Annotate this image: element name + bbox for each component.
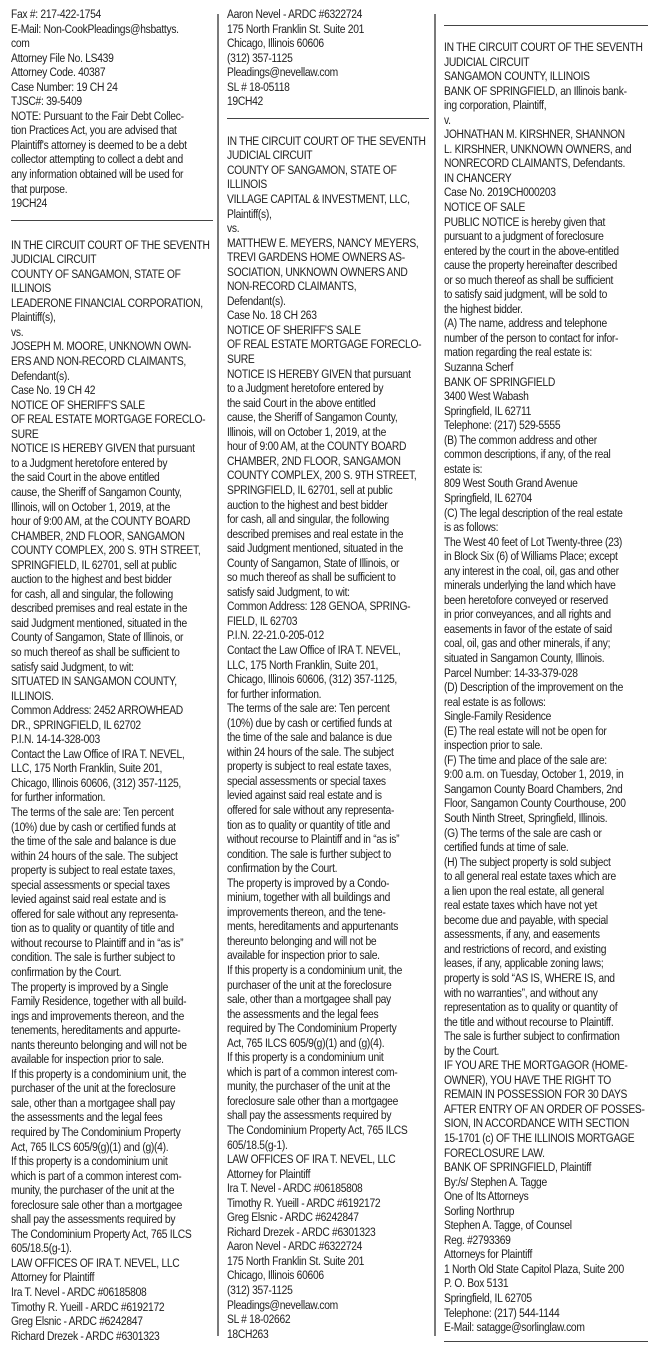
notice-text: without recourse to Plaintiff and in “as… xyxy=(11,936,183,951)
notice-text-line: VILLAGE CAPITAL & INVESTMENT, LLC, xyxy=(227,192,429,207)
notice-text-line: available for inspection prior to sale. xyxy=(227,948,429,963)
notice-text-line: ILLINOIS xyxy=(11,281,213,296)
notice-text-line: Suzanna Scherf xyxy=(444,360,648,375)
notice-text: IN THE CIRCUIT COURT OF THE SEVENTH xyxy=(227,134,426,149)
notice-text-line: to a Judgment heretofore entered by xyxy=(11,456,213,471)
notice-text: SITUATED IN SANGAMON COUNTY, xyxy=(11,674,177,689)
notice-text-line: estate is: xyxy=(444,462,648,477)
notice-text-line: 3400 West Wabash xyxy=(444,389,648,404)
notice-text: minerals underlying the land which have xyxy=(444,578,616,593)
notice-text: PUBLIC NOTICE is hereby given that xyxy=(444,215,605,230)
notice-text: The Condominium Property Act, 765 ILCS xyxy=(11,1227,191,1242)
notice-text: Springfield, IL 62711 xyxy=(444,404,531,419)
notice-text-line: COUNTY OF SANGAMON, STATE OF xyxy=(11,267,213,282)
notice-text-line: 175 North Franklin St. Suite 201 xyxy=(227,1254,429,1269)
notice-text-line: required by The Condominium Property xyxy=(11,1125,213,1140)
notice-text-line: within 24 hours of the sale. The subject xyxy=(11,849,213,864)
notice-text: IN CHANCERY xyxy=(444,171,511,186)
notice-text-line: The West 40 feet of Lot Twenty-three (23… xyxy=(444,535,648,550)
notice-text: property is subject to real estate taxes… xyxy=(11,863,175,878)
notice-text-line: so much thereof as shall be sufficient t… xyxy=(227,570,429,585)
notice-text-line: LAW OFFICES OF IRA T. NEVEL, LLC xyxy=(11,1256,213,1271)
notice-text: sale, other than a mortgagee shall pay xyxy=(227,992,391,1007)
notice-text: Contact the Law Office of IRA T. NEVEL, xyxy=(227,643,401,658)
notice-text-line: offered for sale without any representa- xyxy=(11,907,213,922)
notice-text-line: certified funds at time of sale. xyxy=(444,840,648,855)
notice-text-line: the time of the sale and balance is due xyxy=(227,730,429,745)
notice-text: Defendant(s). xyxy=(11,369,70,384)
notice-text: If this property is a condominium unit, … xyxy=(227,963,402,978)
notice-text-line: cause the property hereinafter described xyxy=(444,258,648,273)
notice-text: Ira T. Nevel - ARDC #06185808 xyxy=(227,1181,362,1196)
notice-text-line: sale, other than a mortgagee shall pay xyxy=(11,1096,213,1111)
notice-text: Illinois, will on October 1, 2019, at th… xyxy=(11,500,170,515)
notice-text: Defendant(s). xyxy=(227,294,286,309)
notice-text-line: been heretofore conveyed or reserved xyxy=(444,593,648,608)
notice-text: FORECLOSURE LAW. xyxy=(444,1146,545,1161)
notice-text-line: for cash, all and singular, the followin… xyxy=(11,587,213,602)
notice-text: ings and improvements thereon, and the xyxy=(11,1009,184,1024)
notice-text: 605/18.5(g-1). xyxy=(227,1138,288,1153)
notice-text: JUDICIAL CIRCUIT xyxy=(11,252,96,267)
notice-2019ch000203: IN THE CIRCUIT COURT OF THE SEVENTHJUDIC… xyxy=(444,40,648,1335)
notice-text-line: IN THE CIRCUIT COURT OF THE SEVENTH xyxy=(444,40,648,55)
notice-text-line: Single-Family Residence xyxy=(444,709,648,724)
notice-text: real estate taxes which have not yet xyxy=(444,898,597,913)
notice-text: levied against said real estate and is xyxy=(227,788,382,803)
notice-text: COUNTY COMPLEX, 200 S. 9TH STREET, xyxy=(11,543,200,558)
notice-text: offered for sale without any representa- xyxy=(227,803,394,818)
notice-text: Aaron Nevel - ARDC #6322724 xyxy=(227,7,362,22)
notice-text-line: SITUATED IN SANGAMON COUNTY, xyxy=(11,674,213,689)
notice-text: NOTICE OF SHERIFF'S SALE xyxy=(11,398,145,413)
notice-text: Ira T. Nevel - ARDC #06185808 xyxy=(11,1285,146,1300)
notice-text-line: Greg Elsnic - ARDC #6242847 xyxy=(227,1210,429,1225)
notice-text: auction to the highest and best bidder xyxy=(11,572,172,587)
notice-text: the title and without recourse to Plaint… xyxy=(444,1015,613,1030)
notice-text: Attorney File No. LS439 xyxy=(11,51,114,66)
notice-text: assessments, if any, and easements xyxy=(444,927,600,942)
notice-text: foreclosure sale other than a mortgagee xyxy=(227,1094,398,1109)
notice-text-line: Sangamon County Board Chambers, 2nd xyxy=(444,782,648,797)
notice-text-line: Illinois, will on October 1, 2019, at th… xyxy=(11,500,213,515)
notice-text: Aaron Nevel - ARDC #6322724 xyxy=(227,1239,362,1254)
notice-text-line: JOHNATHAN M. KIRSHNER, SHANNON xyxy=(444,127,648,142)
notice-text: said Judgment mentioned, situated in the xyxy=(11,616,187,631)
column-divider xyxy=(434,14,436,1336)
notice-text-line: cause, the Sheriff of Sangamon County, xyxy=(11,485,213,500)
notice-text: available for inspection prior to sale. xyxy=(227,948,380,963)
notice-text: Contact the Law Office of IRA T. NEVEL, xyxy=(11,747,185,762)
notice-text: estate is: xyxy=(444,462,482,477)
notice-text: levied against said real estate and is xyxy=(11,892,166,907)
notice-text-line: 9:00 a.m. on Tuesday, October 1, 2019, i… xyxy=(444,767,648,782)
notice-text: LEADERONE FINANCIAL CORPORATION, xyxy=(11,296,203,311)
notice-text: County of Sangamon, State of Illinois, o… xyxy=(11,630,183,645)
notice-text: ERS AND NON-RECORD CLAIMANTS, xyxy=(11,354,186,369)
notice-text-line: munity, the purchaser of the unit at the xyxy=(11,1183,213,1198)
notice-text: IN THE CIRCUIT COURT OF THE SEVENTH xyxy=(11,238,210,253)
notice-text-line: described premises and real estate in th… xyxy=(11,601,213,616)
notice-text-line: nants thereunto belonging and will not b… xyxy=(11,1038,213,1053)
notice-text-line: for cash, all and singular, the followin… xyxy=(227,512,429,527)
notice-text-line: SURE xyxy=(11,427,213,442)
notice-text-line: OF REAL ESTATE MORTGAGE FORECLO- xyxy=(11,412,213,427)
notice-text: within 24 hours of the sale. The subject xyxy=(11,849,178,864)
notice-text: described premises and real estate in th… xyxy=(227,527,403,542)
notice-text-line: in prior conveyances, and all rights and xyxy=(444,607,648,622)
notice-text-line: situated in Sangamon County, Illinois. xyxy=(444,651,648,666)
notice-text-line: number of the person to contact for info… xyxy=(444,331,648,346)
column-divider xyxy=(217,14,219,1336)
notice-text-line: Case No. 19 CH 42 xyxy=(11,383,213,398)
notice-text: ments, hereditaments and appurtenants xyxy=(227,919,398,934)
notice-text: required by The Condominium Property xyxy=(227,1021,396,1036)
notice-text-line: that purpose. xyxy=(11,182,213,197)
notice-text-line: NONRECORD CLAIMANTS, Defendants. xyxy=(444,156,648,171)
notice-text-line: Springfield, IL 62704 xyxy=(444,491,648,506)
notice-text: Attorney Code. 40387 xyxy=(11,65,105,80)
notice-text: NONRECORD CLAIMANTS, Defendants. xyxy=(444,156,625,171)
notice-text: P. O. Box 5131 xyxy=(444,1276,508,1291)
notice-text: without recourse to Plaintiff and in “as… xyxy=(227,832,399,847)
notice-text-line: Floor, Sangamon County Courthouse, 200 xyxy=(444,796,648,811)
notice-text: Sorling Northrup xyxy=(444,1204,514,1219)
notice-text: Reg. #2793369 xyxy=(444,1233,511,1248)
notice-text-line: NOTICE IS HEREBY GIVEN that pursuant xyxy=(11,441,213,456)
notice-text-line: for further information. xyxy=(11,790,213,805)
notice-text: 9:00 a.m. on Tuesday, October 1, 2019, i… xyxy=(444,767,623,782)
notice-text-line: ments, hereditaments and appurtenants xyxy=(227,919,429,934)
notice-text: IF YOU ARE THE MORTGAGOR (HOME- xyxy=(444,1058,628,1073)
notice-text-line: Greg Elsnic - ARDC #6242847 xyxy=(11,1314,213,1329)
notice-text: AFTER ENTRY OF AN ORDER OF POSSES- xyxy=(444,1102,645,1117)
notice-text-line: any interest in the coal, oil, gas and o… xyxy=(444,564,648,579)
notice-text-line: (C) The legal description of the real es… xyxy=(444,506,648,521)
notice-text: shall pay the assessments required by xyxy=(11,1212,175,1227)
notice-text: purchaser of the unit at the foreclosure xyxy=(227,978,391,993)
notice-text: Attorney for Plaintiff xyxy=(227,1167,310,1182)
notice-text-line: to a Judgment heretofore entered by xyxy=(227,381,429,396)
notice-text: Family Residence, together with all buil… xyxy=(11,994,186,1009)
notice-text-line: become due and payable, with special xyxy=(444,913,648,928)
notice-text: COUNTY OF SANGAMON, STATE OF xyxy=(227,163,397,178)
notice-text-line: ILLINOIS xyxy=(227,177,429,192)
notice-text: nants thereunto belonging and will not b… xyxy=(11,1038,187,1053)
notice-text-line: If this property is a condominium unit, … xyxy=(11,1067,213,1082)
notice-text: for further information. xyxy=(227,687,321,702)
notice-text: (F) The time and place of the sale are: xyxy=(444,753,607,768)
notice-text-line: 809 West South Grand Avenue xyxy=(444,476,648,491)
notice-text-line: and restrictions of record, and existing xyxy=(444,942,648,957)
notice-text: COUNTY OF SANGAMON, STATE OF xyxy=(11,267,181,282)
notice-text-line: improvements thereon, and the tene- xyxy=(227,905,429,920)
notice-19ch42-tail: Aaron Nevel - ARDC #6322724175 North Fra… xyxy=(227,7,429,109)
notice-text: cause, the Sheriff of Sangamon County, xyxy=(227,410,397,425)
notice-text: SPRINGFIELD, IL 62701, sell at public xyxy=(227,483,393,498)
notice-text: SL # 18-02662 xyxy=(227,1312,290,1327)
notice-text-line: condition. The sale is further subject t… xyxy=(11,950,213,965)
notice-text: required by The Condominium Property xyxy=(11,1125,180,1140)
notice-text-line: minerals underlying the land which have xyxy=(444,578,648,593)
notice-text-line: so much thereof as shall be sufficient t… xyxy=(11,645,213,660)
notice-text: property is subject to real estate taxes… xyxy=(227,759,391,774)
notice-text-line: 19CH42 xyxy=(227,94,429,109)
notice-text: CHAMBER, 2ND FLOOR, SANGAMON xyxy=(227,454,401,469)
notice-text-line: If this property is a condominium unit, … xyxy=(227,963,429,978)
notice-text-line: E-Mail: Non-CookPleadings@hsbattys. xyxy=(11,22,213,37)
notice-text-line: Aaron Nevel - ARDC #6322724 xyxy=(227,7,429,22)
notice-text-line: or so much thereof as shall be sufficien… xyxy=(444,273,648,288)
notice-text: or so much thereof as shall be sufficien… xyxy=(444,273,613,288)
notice-text: (A) The name, address and telephone xyxy=(444,316,607,331)
notice-text-line: Act, 765 ILCS 605/9(g)(1) and (g)(4). xyxy=(227,1036,429,1051)
notice-text: FIELD, IL 62703 xyxy=(227,614,297,629)
notice-text: LAW OFFICES OF IRA T. NEVEL, LLC xyxy=(11,1256,179,1271)
notice-text: certified funds at time of sale. xyxy=(444,840,568,855)
notice-text: and restrictions of record, and existing xyxy=(444,942,606,957)
notice-text-line: 19CH24 xyxy=(11,196,213,211)
notice-text-line: tion Practices Act, you are advised that xyxy=(11,123,213,138)
notice-text: SURE xyxy=(227,352,254,367)
notice-text-line: minium, together with all buildings and xyxy=(227,890,429,905)
notice-text-line: Act, 765 ILCS 605/9(g)(1) and (g)(4). xyxy=(11,1140,213,1155)
notice-text-line: shall pay the assessments required by xyxy=(11,1212,213,1227)
notice-text: which is part of a common interest com- xyxy=(227,1065,397,1080)
notice-text: Plaintiff(s), xyxy=(11,310,56,325)
notice-text: Floor, Sangamon County Courthouse, 200 xyxy=(444,796,626,811)
notice-text: Timothy R. Yueill - ARDC #6192172 xyxy=(227,1196,380,1211)
notice-text-line: If this property is a condominium unit xyxy=(11,1154,213,1169)
notice-text-line: coal, oil, gas and other minerals, if an… xyxy=(444,636,648,651)
notice-text: South Ninth Street, Springfield, Illinoi… xyxy=(444,811,607,826)
notice-text-line: Attorney File No. LS439 xyxy=(11,51,213,66)
notice-text-line: Chicago, Illinois 60606 xyxy=(227,1268,429,1283)
notice-text: that purpose. xyxy=(11,182,67,197)
notice-text: condition. The sale is further subject t… xyxy=(227,847,391,862)
notice-text: available for inspection prior to sale. xyxy=(11,1052,164,1067)
notice-text-line: IN THE CIRCUIT COURT OF THE SEVENTH xyxy=(11,238,213,253)
notice-text-line: Springfield, IL 62705 xyxy=(444,1291,648,1306)
notice-text-line: representation as to quality or quantity… xyxy=(444,1000,648,1015)
notice-text: The terms of the sale are: Ten percent xyxy=(11,805,174,820)
notice-text: cause the property hereinafter described xyxy=(444,258,617,273)
notice-text-line: SOCIATION, UNKNOWN OWNERS AND xyxy=(227,265,429,280)
notice-text: The terms of the sale are: Ten percent xyxy=(227,701,390,716)
notice-text-line: NOTE: Pursuant to the Fair Debt Collec- xyxy=(11,109,213,124)
notice-text-line: vs. xyxy=(227,221,429,236)
column-1: Fax #: 217-422-1754E-Mail: Non-CookPlead… xyxy=(11,0,213,1347)
notice-separator xyxy=(444,1341,648,1342)
notice-text-line: TJSC#: 39-5409 xyxy=(11,94,213,109)
notice-text-line: BANK OF SPRINGFIELD xyxy=(444,375,648,390)
notice-text: BANK OF SPRINGFIELD, an Illinois bank- xyxy=(444,84,627,99)
notice-text: Sangamon County Board Chambers, 2nd xyxy=(444,782,623,797)
notice-text: inspection prior to sale. xyxy=(444,738,542,753)
notice-text-line: AFTER ENTRY OF AN ORDER OF POSSES- xyxy=(444,1102,648,1117)
notice-text: the assessments and the legal fees xyxy=(11,1110,162,1125)
notice-text: improvements thereon, and the tene- xyxy=(227,905,385,920)
notice-text-line: FORECLOSURE LAW. xyxy=(444,1146,648,1161)
notice-text: SANGAMON COUNTY, ILLINOIS xyxy=(444,69,590,84)
notice-text: Case No. 19 CH 42 xyxy=(11,383,95,398)
notice-text-line: COUNTY COMPLEX, 200 S. 9TH STREET, xyxy=(11,543,213,558)
notice-text: so much thereof as shall be sufficient t… xyxy=(227,570,396,585)
notice-text-line: P. O. Box 5131 xyxy=(444,1276,648,1291)
notice-text-line: said Judgment mentioned, situated in the xyxy=(11,616,213,631)
notice-text: SPRINGFIELD, IL 62701, sell at public xyxy=(11,558,177,573)
notice-text-line: satisfy said Judgment, to wit: xyxy=(227,585,429,600)
notice-text-line: Attorney Code. 40387 xyxy=(11,65,213,80)
notice-text-line: is as follows: xyxy=(444,520,648,535)
notice-text: Stephen A. Tagge, of Counsel xyxy=(444,1218,572,1233)
notice-text-line: com xyxy=(11,36,213,51)
notice-text-line: property is sold “AS IS, WHERE IS, and xyxy=(444,971,648,986)
notice-text: Plaintiff's attorney is deemed to be a d… xyxy=(11,138,187,153)
notice-text: the assessments and the legal fees xyxy=(227,1007,378,1022)
notice-text-line: to all general real estate taxes which a… xyxy=(444,869,648,884)
notice-text: said Judgment mentioned, situated in the xyxy=(227,541,403,556)
notice-text-line: ing corporation, Plaintiff, xyxy=(444,98,648,113)
notice-text: JUDICIAL CIRCUIT xyxy=(227,148,312,163)
notice-text-line: levied against said real estate and is xyxy=(227,788,429,803)
notice-text: Common Address: 2452 ARROWHEAD xyxy=(11,703,183,718)
notice-text: Chicago, Illinois 60606, (312) 357-1125, xyxy=(227,672,397,687)
notice-text: Suzanna Scherf xyxy=(444,360,513,375)
notice-text: NOTICE OF SALE xyxy=(444,200,525,215)
notice-text: vs. xyxy=(11,325,23,340)
notice-text-line: (312) 357-1125 xyxy=(227,51,429,66)
notice-text: hour of 9:00 AM, at the COUNTY BOARD xyxy=(11,514,190,529)
notice-text-line: real estate is as follows: xyxy=(444,695,648,710)
notice-text-line: 175 North Franklin St. Suite 201 xyxy=(227,22,429,37)
notice-text-line: tion as to quality or quantity of title … xyxy=(11,921,213,936)
notice-text-line: sale, other than a mortgagee shall pay xyxy=(227,992,429,1007)
notice-text: ILLINOIS xyxy=(227,177,267,192)
notice-text: tenements, hereditaments and appurte- xyxy=(11,1023,180,1038)
notice-text: OF REAL ESTATE MORTGAGE FORECLO- xyxy=(11,412,205,427)
notice-text-line: tenements, hereditaments and appurte- xyxy=(11,1023,213,1038)
notice-text: MATTHEW E. MEYERS, NANCY MEYERS, xyxy=(227,236,418,251)
notice-text-line: By:/s/ Stephen A. Tagge xyxy=(444,1175,648,1190)
notice-text: (C) The legal description of the real es… xyxy=(444,506,623,521)
notice-text: NOTICE IS HEREBY GIVEN that pursuant xyxy=(11,441,195,456)
notice-text-line: IF YOU ARE THE MORTGAGOR (HOME- xyxy=(444,1058,648,1073)
notice-text: common descriptions, if any, of the real xyxy=(444,447,611,462)
notice-text-line: satisfy said Judgment, to wit: xyxy=(11,660,213,675)
column-3: IN THE CIRCUIT COURT OF THE SEVENTHJUDIC… xyxy=(444,0,648,1347)
notice-text-line: JOSEPH M. MOORE, UNKNOWN OWN- xyxy=(11,339,213,354)
notice-text: to satisfy said judgment, will be sold t… xyxy=(444,287,607,302)
notice-text: The property is improved by a Condo- xyxy=(227,876,389,891)
notice-text-line: the title and without recourse to Plaint… xyxy=(444,1015,648,1030)
notice-text: Richard Drezek - ARDC #6301323 xyxy=(227,1225,375,1240)
notice-text: thereunto belonging and will not be xyxy=(227,934,376,949)
notice-text-line: NOTICE IS HEREBY GIVEN that pursuant xyxy=(227,367,429,382)
notice-text: VILLAGE CAPITAL & INVESTMENT, LLC, xyxy=(227,192,410,207)
notice-text-line: Richard Drezek - ARDC #6301323 xyxy=(11,1329,213,1344)
notice-text: Springfield, IL 62704 xyxy=(444,491,532,506)
notice-text-line: pursuant to a judgment of foreclosure xyxy=(444,229,648,244)
notice-text-line: Pleadings@nevellaw.com xyxy=(227,65,429,80)
notice-text-line: confirmation by the Court. xyxy=(11,965,213,980)
notice-text-line: COUNTY COMPLEX, 200 S. 9TH STREET, xyxy=(227,468,429,483)
notice-text-line: Defendant(s). xyxy=(227,294,429,309)
notice-text: 175 North Franklin St. Suite 201 xyxy=(227,22,364,37)
notice-text-line: described premises and real estate in th… xyxy=(227,527,429,542)
notice-text-line: Sorling Northrup xyxy=(444,1204,648,1219)
notice-text: County of Sangamon, State of Illinois, o… xyxy=(227,556,399,571)
notice-text: P.I.N. 22-21.0-205-012 xyxy=(227,628,324,643)
notice-text: If this property is a condominium unit xyxy=(11,1154,167,1169)
notice-text: minium, together with all buildings and xyxy=(227,890,390,905)
notice-text-line: (G) The terms of the sale are cash or xyxy=(444,826,648,841)
notice-text-line: for further information. xyxy=(227,687,429,702)
notice-text-line: Attorney for Plaintiff xyxy=(227,1167,429,1182)
notice-text-line: Plaintiff(s), xyxy=(227,207,429,222)
notice-text: Case No. 18 CH 263 xyxy=(227,308,317,323)
notice-text: DR., SPRINGFIELD, IL 62702 xyxy=(11,718,141,733)
notice-text: special assessments or special taxes xyxy=(227,774,386,789)
notice-text: Common Address: 128 GENOA, SPRING- xyxy=(227,599,410,614)
notice-text-line: The property is improved by a Condo- xyxy=(227,876,429,891)
notice-text-line: MATTHEW E. MEYERS, NANCY MEYERS, xyxy=(227,236,429,251)
notice-text-line: the said Court in the above entitled xyxy=(11,470,213,485)
notice-text-line: Richard Drezek - ARDC #6301323 xyxy=(227,1225,429,1240)
notice-text-line: Chicago, Illinois 60606, (312) 357-1125, xyxy=(11,776,213,791)
notice-text-line: IN CHANCERY xyxy=(444,171,648,186)
notice-text: satisfy said Judgment, to wit: xyxy=(11,660,134,675)
notice-text-line: purchaser of the unit at the foreclosure xyxy=(11,1081,213,1096)
notice-text-line: cause, the Sheriff of Sangamon County, xyxy=(227,410,429,425)
notice-text-line: in Block Six (6) of Williams Place; exce… xyxy=(444,549,648,564)
notice-text: for further information. xyxy=(11,790,105,805)
notice-text: tion as to quality or quantity of title … xyxy=(227,818,390,833)
notice-text-line: JUDICIAL CIRCUIT xyxy=(227,148,429,163)
notice-text: Case No. 2019CH000203 xyxy=(444,185,556,200)
notice-text-line: REMAIN IN POSSESSION FOR 30 DAYS xyxy=(444,1087,648,1102)
notice-text: leases, if any, applicable zoning laws; xyxy=(444,956,603,971)
notice-text-line: 605/18.5(g-1). xyxy=(227,1138,429,1153)
notice-text: SURE xyxy=(11,427,38,442)
notice-text: which is part of a common interest com- xyxy=(11,1169,181,1184)
notice-text: the highest bidder. xyxy=(444,302,523,317)
notice-text-line: Ira T. Nevel - ARDC #06185808 xyxy=(11,1285,213,1300)
notice-text: situated in Sangamon County, Illinois. xyxy=(444,651,604,666)
notice-text: Illinois, will on October 1, 2019, at th… xyxy=(227,425,386,440)
notice-text-line: assessments, if any, and easements xyxy=(444,927,648,942)
notice-text: IN THE CIRCUIT COURT OF THE SEVENTH xyxy=(444,40,643,55)
notice-text: property is sold “AS IS, WHERE IS, and xyxy=(444,971,615,986)
notice-text-line: (10%) due by cash or certified funds at xyxy=(227,716,429,731)
notice-text-line: auction to the highest and best bidder xyxy=(227,498,429,513)
notice-text-line: CHAMBER, 2ND FLOOR, SANGAMON xyxy=(11,529,213,544)
notice-text-line: available for inspection prior to sale. xyxy=(11,1052,213,1067)
notice-text: (D) Description of the improvement on th… xyxy=(444,680,623,695)
notice-text-line: Timothy R. Yueill - ARDC #6192172 xyxy=(11,1300,213,1315)
notice-text: a lien upon the real estate, all general xyxy=(444,884,604,899)
notice-text: (312) 357-1125 xyxy=(227,51,293,66)
notice-text-line: The property is improved by a Single xyxy=(11,980,213,995)
notice-text-line: Fax #: 217-422-1754 xyxy=(11,7,213,22)
notice-text: sale, other than a mortgagee shall pay xyxy=(11,1096,175,1111)
notice-text-line: real estate taxes which have not yet xyxy=(444,898,648,913)
notice-18ch263: IN THE CIRCUIT COURT OF THE SEVENTHJUDIC… xyxy=(227,134,429,1341)
notice-text: confirmation by the Court. xyxy=(227,861,337,876)
notice-text: number of the person to contact for info… xyxy=(444,331,618,346)
notice-text-line: Reg. #2793369 xyxy=(444,1233,648,1248)
notice-text: (E) The real estate will not be open for xyxy=(444,724,607,739)
